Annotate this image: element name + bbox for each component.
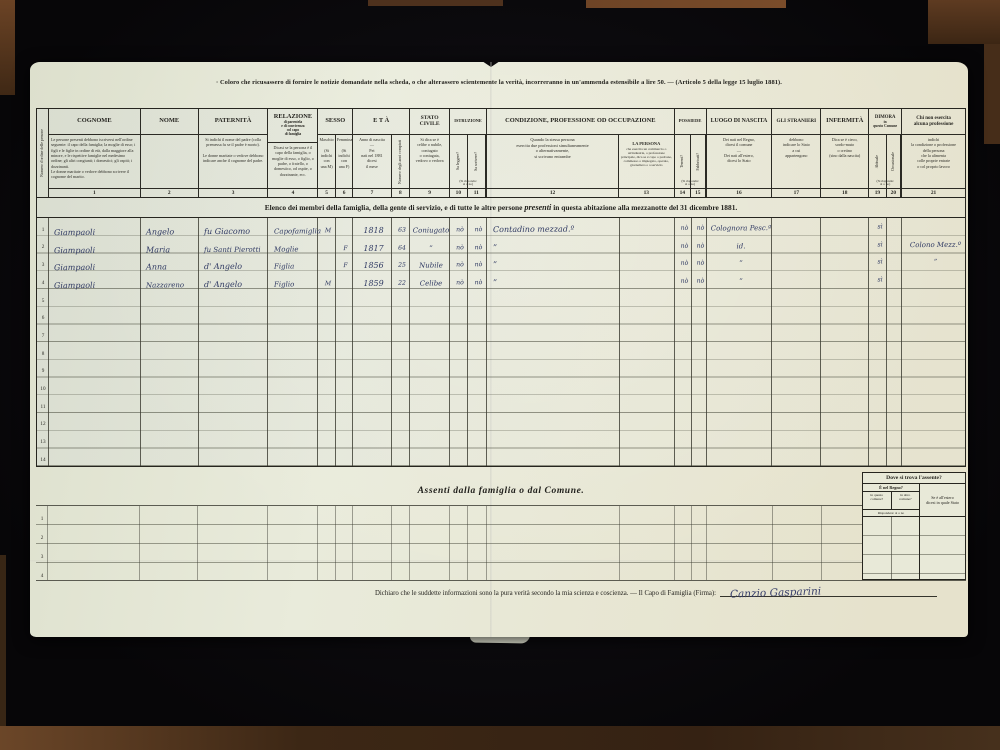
cell-anno: 1859 bbox=[354, 280, 393, 290]
col-number-18: 18 bbox=[821, 188, 868, 197]
cell-legge: nò bbox=[451, 281, 469, 289]
anno-nascita-note: Anno di nascita — Pei nati nel 1881 dice… bbox=[353, 135, 390, 188]
row-number: 9 bbox=[37, 360, 49, 378]
col-number-19: 19 bbox=[869, 188, 885, 197]
cell-fabbricati: nò bbox=[693, 261, 708, 269]
cell-sesso-m: M bbox=[319, 229, 337, 237]
col-stranieri: GLI STRANIERI debbono indicare lo Stato … bbox=[772, 109, 821, 197]
cell-relazione: Figlia bbox=[269, 263, 319, 272]
sesso-title: SESSO bbox=[318, 109, 352, 135]
cell-anno: 1818 bbox=[354, 226, 393, 236]
dove-box-title: Dove si trova l'assente? bbox=[863, 473, 965, 484]
fabbricati-vertical-label: Fabbricati? bbox=[695, 153, 701, 171]
cell-anni: 63 bbox=[393, 228, 411, 236]
col-anno-nascita: Anno di nascita — Pei nati nel 1881 dice… bbox=[353, 135, 391, 197]
col-cognome: COGNOME Le persone presenti debbono iscr… bbox=[49, 109, 141, 197]
grid-column bbox=[692, 506, 707, 580]
cognome-note: Le persone presenti debbono iscriversi n… bbox=[49, 135, 140, 188]
rispondere-note: Rispondere: sì o no bbox=[863, 509, 919, 516]
col-nome: NOME 2 bbox=[141, 109, 199, 197]
luogo-nascita-title: LUOGO DI NASCITA bbox=[707, 109, 772, 135]
cell-occasionale bbox=[889, 284, 904, 286]
cell-paternita: fu Giacomo bbox=[199, 227, 269, 237]
col-sa-leggere: Sa leggere? 10 bbox=[450, 135, 467, 197]
row-number: 7 bbox=[37, 324, 49, 342]
col-number-3: 3 bbox=[199, 188, 268, 197]
cell-stato: Nubile bbox=[411, 262, 451, 271]
cell-anni: 22 bbox=[393, 281, 411, 289]
wood-edge-top-a bbox=[368, 0, 503, 6]
col-la-persona: LA PERSONAche esercita un commercio o un… bbox=[619, 135, 674, 197]
row-number: 11 bbox=[37, 395, 49, 413]
row-number: 10 bbox=[37, 377, 49, 395]
sa-scrivere-vertical-label: Sa scrivere? bbox=[473, 152, 479, 171]
row-number: 4 bbox=[36, 563, 48, 582]
col-number-5: 5 bbox=[318, 188, 334, 197]
wood-edge-top-b bbox=[586, 0, 786, 8]
table-header: Numero d'ordine delle persone COGNOME Le… bbox=[37, 109, 965, 198]
cell-paternita: d' Angelo bbox=[199, 280, 269, 290]
col-numero-ordine: Numero d'ordine delle persone bbox=[37, 109, 49, 197]
wood-edge-top-left bbox=[0, 0, 15, 95]
possiede-title: POSSIEDE bbox=[675, 109, 706, 135]
col-sesso-femmina: Femmina (Si indichi con una F) 6 bbox=[336, 135, 352, 197]
col-number-8: 8 bbox=[392, 188, 410, 197]
grid-column bbox=[48, 506, 140, 580]
col-sesso-maschio: Maschio (Si indichi con una M) 5 bbox=[318, 135, 335, 197]
stranieri-title: GLI STRANIERI bbox=[772, 109, 820, 135]
grid-column bbox=[336, 506, 353, 580]
grid-column bbox=[318, 506, 336, 580]
cell-sesso-m: M bbox=[319, 282, 337, 290]
istruzione-foot-note: (Si risponda: sì o no) bbox=[450, 180, 486, 187]
grid-column bbox=[675, 506, 692, 580]
col-infermita: INFERMITÀ Dica se è cieco, sordo-muto o … bbox=[821, 109, 869, 197]
dimora-subtitle: in questo Comune bbox=[873, 121, 897, 129]
infermita-title: INFERMITÀ bbox=[821, 109, 868, 135]
estero-question: Se è all'estero dicesi in quale Stato bbox=[920, 484, 965, 516]
assenti-row-numbers: 1 2 3 4 bbox=[36, 506, 48, 582]
cell-luogo: Colognora Pesc.ª bbox=[708, 225, 774, 234]
cell-condizione: ” bbox=[488, 278, 621, 289]
col-fabbricati: Fabbricati? 15 bbox=[691, 135, 706, 197]
cell-terreni: nò bbox=[676, 279, 693, 287]
cell-nome: Anna bbox=[141, 263, 199, 273]
paternita-note: Si indichi il nome del padre (colla prem… bbox=[199, 135, 268, 188]
col-paternita: PATERNITÀ Si indichi il nome del padre (… bbox=[199, 109, 269, 197]
col-number-20: 20 bbox=[887, 188, 901, 197]
assenti-section-title: Assenti dalla famiglia o dal Comune. bbox=[36, 486, 966, 496]
head-of-family-signature: Canzio Gasparini bbox=[730, 585, 821, 600]
stato-civile-title: STATO CIVILE bbox=[410, 109, 449, 135]
terreni-vertical-label: Terreni? bbox=[679, 155, 685, 168]
col-number-9: 9 bbox=[410, 188, 449, 197]
questo-comune-question: in questo comune? bbox=[863, 492, 892, 509]
eta-title: E T À bbox=[353, 109, 409, 135]
wood-edge-left bbox=[0, 555, 6, 730]
dove-regno-group: È nel Regno? in questo comune? in altro … bbox=[863, 484, 920, 516]
col-number-6: 6 bbox=[336, 188, 352, 197]
wood-edge-top-right bbox=[928, 0, 1000, 44]
col-sa-scrivere: Sa scrivere? 11 bbox=[468, 135, 486, 197]
istruzione-title: ISTRUZIONE bbox=[450, 109, 486, 135]
sa-leggere-vertical-label: Sa leggere? bbox=[455, 152, 461, 170]
dove-si-trova-box: Dove si trova l'assente? È nel Regno? in… bbox=[862, 472, 966, 580]
cell-nome: Angelo bbox=[141, 228, 199, 238]
col-number-13: 13 bbox=[619, 188, 674, 197]
column-grid bbox=[36, 506, 966, 580]
anni-compiuti-vertical-label: Numero degli anni compiuti bbox=[397, 140, 403, 184]
col-number-14: 14 bbox=[675, 188, 690, 197]
col-number-11: 11 bbox=[468, 188, 485, 197]
chi-non-esercita-title: Chi non esercita alcuna professione bbox=[902, 109, 965, 135]
grid-column bbox=[140, 506, 198, 580]
col-possiede-group: POSSIEDE Terreni? 14 Fabbricati? 15 (Si … bbox=[675, 109, 707, 197]
col-terreni: Terreni? 14 bbox=[675, 135, 691, 197]
sesso-femmina-note: Femmina (Si indichi con una F) bbox=[336, 135, 352, 188]
cell-paternita: d' Angelo bbox=[199, 263, 269, 273]
relazione-title-block: RELAZIONE di parentela e di convivenza c… bbox=[268, 109, 317, 143]
anni-compiuti-wrap: Numero degli anni compiuti bbox=[392, 135, 410, 188]
grid-column bbox=[892, 517, 921, 579]
row-number: 12 bbox=[37, 413, 49, 431]
cell-scrive: nò bbox=[469, 281, 488, 289]
signature-line: Canzio Gasparini bbox=[720, 586, 937, 597]
col-number-7: 7 bbox=[353, 188, 390, 197]
sesso-maschio-note: Maschio (Si indichi con una M) bbox=[318, 135, 334, 188]
presenti-table-body: 1 2 3 4 5 6 7 8 9 10 11 12 13 14 Giampao… bbox=[37, 218, 965, 466]
dimora-foot-note: (Si risponda: sì o no) bbox=[869, 180, 901, 187]
cell-abituale: sì bbox=[871, 260, 889, 268]
row-number: 1 bbox=[36, 506, 48, 525]
numero-ordine-label-wrap: Numero d'ordine delle persone bbox=[37, 109, 48, 197]
row-number: 14 bbox=[37, 448, 49, 466]
cell-stato: Coniugato bbox=[411, 227, 451, 236]
numero-ordine-vertical-label: Numero d'ordine delle persone bbox=[39, 129, 45, 177]
row-number: 3 bbox=[36, 544, 48, 563]
row-number: 13 bbox=[37, 430, 49, 448]
relazione-note: Dicasi se la persona è il capo della fam… bbox=[268, 143, 317, 188]
subtitle-after: in questa abitazione alla mezzanotte del… bbox=[553, 203, 737, 212]
condizione-note: Quando la stessa persona esercita due pr… bbox=[487, 135, 618, 188]
la-persona-note: LA PERSONAche esercita un commercio o un… bbox=[619, 135, 674, 188]
dove-box-header: È nel Regno? in questo comune? in altro … bbox=[863, 484, 965, 517]
grid-column bbox=[773, 506, 822, 580]
abituale-vertical-label: Abituale bbox=[874, 155, 880, 168]
col-number-1: 1 bbox=[49, 188, 140, 197]
col-number-17: 17 bbox=[772, 188, 820, 197]
relazione-title: RELAZIONE bbox=[274, 114, 312, 121]
census-form-paper: · Coloro che ricusassero di fornire le n… bbox=[30, 62, 968, 637]
paternita-title: PATERNITÀ bbox=[199, 109, 268, 135]
grid-column bbox=[353, 506, 392, 580]
cell-cognome: Giampaoli bbox=[49, 228, 141, 239]
cell-anno: 1856 bbox=[354, 262, 393, 272]
wood-edge-right bbox=[984, 44, 1000, 144]
col-dimora-occasionale: Occasionale 20 bbox=[887, 135, 902, 197]
col-dimora-abituale: Abituale 19 bbox=[869, 135, 886, 197]
occasionale-vertical-label: Occasionale bbox=[890, 152, 896, 171]
regno-subquestions: in questo comune? in altro comune? bbox=[863, 492, 919, 509]
dove-box-answer-area bbox=[863, 517, 965, 579]
cell-terreni: nò bbox=[676, 262, 693, 270]
col-stato-civile: STATO CIVILE Si dica se è celibe o nubil… bbox=[410, 109, 450, 197]
cell-relazione: Figlio bbox=[269, 281, 319, 290]
col-number-4: 4 bbox=[268, 188, 317, 197]
regno-question: È nel Regno? bbox=[863, 484, 919, 492]
grid-column bbox=[487, 506, 620, 580]
grid-column bbox=[392, 506, 410, 580]
dimora-title: DIMORA bbox=[875, 115, 896, 120]
cell-terreni: nò bbox=[676, 226, 693, 234]
luogo-nascita-note: Dei nati nel Regno, dicesi il comune — D… bbox=[707, 135, 772, 188]
cell-fabbricati: nò bbox=[693, 226, 708, 234]
grid-column bbox=[620, 506, 675, 580]
col-condizione-group: CONDIZIONE, PROFESSIONE OD OCCUPAZIONE Q… bbox=[487, 109, 675, 197]
col-sesso-group: SESSO Maschio (Si indichi con una M) 5 F… bbox=[318, 109, 353, 197]
altro-comune-question: in altro comune? bbox=[892, 492, 920, 509]
col-chi-non-esercita: Chi non esercita alcuna professione indi… bbox=[902, 109, 965, 197]
infermita-note: Dica se è cieco, sordo-muto o cretino (s… bbox=[821, 135, 868, 188]
cell-nome: Nazzareno bbox=[141, 282, 199, 291]
wood-edge-bottom bbox=[0, 726, 1000, 750]
stranieri-note: debbono indicare lo Stato a cui apparten… bbox=[772, 135, 820, 188]
possiede-foot-note: (Si risponda: sì o no) bbox=[675, 180, 706, 187]
presenti-table: Numero d'ordine delle persone COGNOME Le… bbox=[36, 108, 966, 467]
cell-sesso-f: F bbox=[337, 264, 354, 272]
cognome-title: COGNOME bbox=[49, 109, 140, 135]
legal-warning-line: · Coloro che ricusassero di fornire le n… bbox=[30, 79, 968, 86]
col-luogo-nascita: LUOGO DI NASCITA Dei nati nel Regno, dic… bbox=[707, 109, 773, 197]
col-number-10: 10 bbox=[450, 188, 466, 197]
cell-stato: Celibe bbox=[411, 280, 451, 289]
col-condizione: Quando la stessa persona esercita due pr… bbox=[487, 135, 619, 197]
cell-num bbox=[37, 290, 49, 292]
grid-column bbox=[450, 506, 468, 580]
col-number-2: 2 bbox=[141, 188, 198, 197]
grid-column bbox=[863, 517, 892, 579]
cell-luogo: ” bbox=[708, 278, 774, 287]
chi-non-esercita-note: indichi la condizione o professione dell… bbox=[902, 135, 965, 188]
col-dimora-group: DIMORA in questo Comune Abituale 19 Occa… bbox=[869, 109, 902, 197]
cell-relazione: Capofamiglia bbox=[269, 228, 319, 237]
row-number: 8 bbox=[37, 342, 49, 360]
nome-note bbox=[141, 135, 198, 188]
declaration-line: Dichiaro che le suddette informazioni so… bbox=[375, 586, 937, 597]
la-persona-title: LA PERSONA bbox=[620, 141, 673, 146]
cell-abituale: sì bbox=[871, 278, 889, 286]
cell-legge: nò bbox=[451, 263, 469, 271]
relazione-subtitle: di parentela e di convivenza col capo di… bbox=[281, 121, 304, 137]
cell-anni: 25 bbox=[393, 264, 411, 272]
grid-column bbox=[410, 506, 450, 580]
cell-scrive: nò bbox=[469, 263, 488, 271]
cell-condizione: Contadino mezzad.º bbox=[488, 225, 621, 236]
row-number: 6 bbox=[37, 307, 49, 325]
col-number-16: 16 bbox=[707, 188, 772, 197]
grid-column bbox=[707, 506, 773, 580]
condizione-title: CONDIZIONE, PROFESSIONE OD OCCUPAZIONE bbox=[487, 109, 674, 135]
assenti-table: 1 2 3 4 bbox=[36, 505, 966, 581]
cell-scrive: nò bbox=[469, 228, 488, 236]
la-persona-text: che esercita un commercio o un'industria… bbox=[621, 147, 672, 167]
nome-title: NOME bbox=[141, 109, 198, 135]
grid-column bbox=[198, 506, 268, 580]
col-eta-group: E T À Anno di nascita — Pei nati nel 188… bbox=[353, 109, 410, 197]
cell-legge: nò bbox=[451, 228, 469, 236]
dimora-title-block: DIMORA in questo Comune bbox=[869, 109, 901, 135]
col-number-12: 12 bbox=[487, 188, 618, 197]
col-number-21: 21 bbox=[902, 188, 965, 197]
declaration-text: Dichiaro che le suddette informazioni so… bbox=[375, 590, 716, 597]
col-anni-compiuti: Numero degli anni compiuti 8 bbox=[392, 135, 410, 197]
grid-column bbox=[468, 506, 487, 580]
col-number-15: 15 bbox=[691, 188, 705, 197]
row-number: 2 bbox=[36, 525, 48, 544]
subtitle-emphasis: presenti bbox=[524, 203, 551, 212]
stato-civile-note: Si dica se è celibe o nubile, coniugato … bbox=[410, 135, 449, 188]
col-istruzione-group: ISTRUZIONE Sa leggere? 10 Sa scrivere? 1… bbox=[450, 109, 487, 197]
cell-fabbricati: nò bbox=[693, 279, 708, 287]
col-relazione: RELAZIONE di parentela e di convivenza c… bbox=[268, 109, 318, 197]
cell-abituale: sì bbox=[871, 225, 889, 233]
archive-photo-background: · Coloro che ricusassero di fornire le n… bbox=[0, 0, 1000, 750]
subtitle-before: Elenco dei membri della famiglia, della … bbox=[265, 203, 523, 212]
cell-cognome: Giampaoli bbox=[49, 281, 141, 292]
grid-column bbox=[268, 506, 318, 580]
cell-sesso-f bbox=[337, 288, 354, 290]
